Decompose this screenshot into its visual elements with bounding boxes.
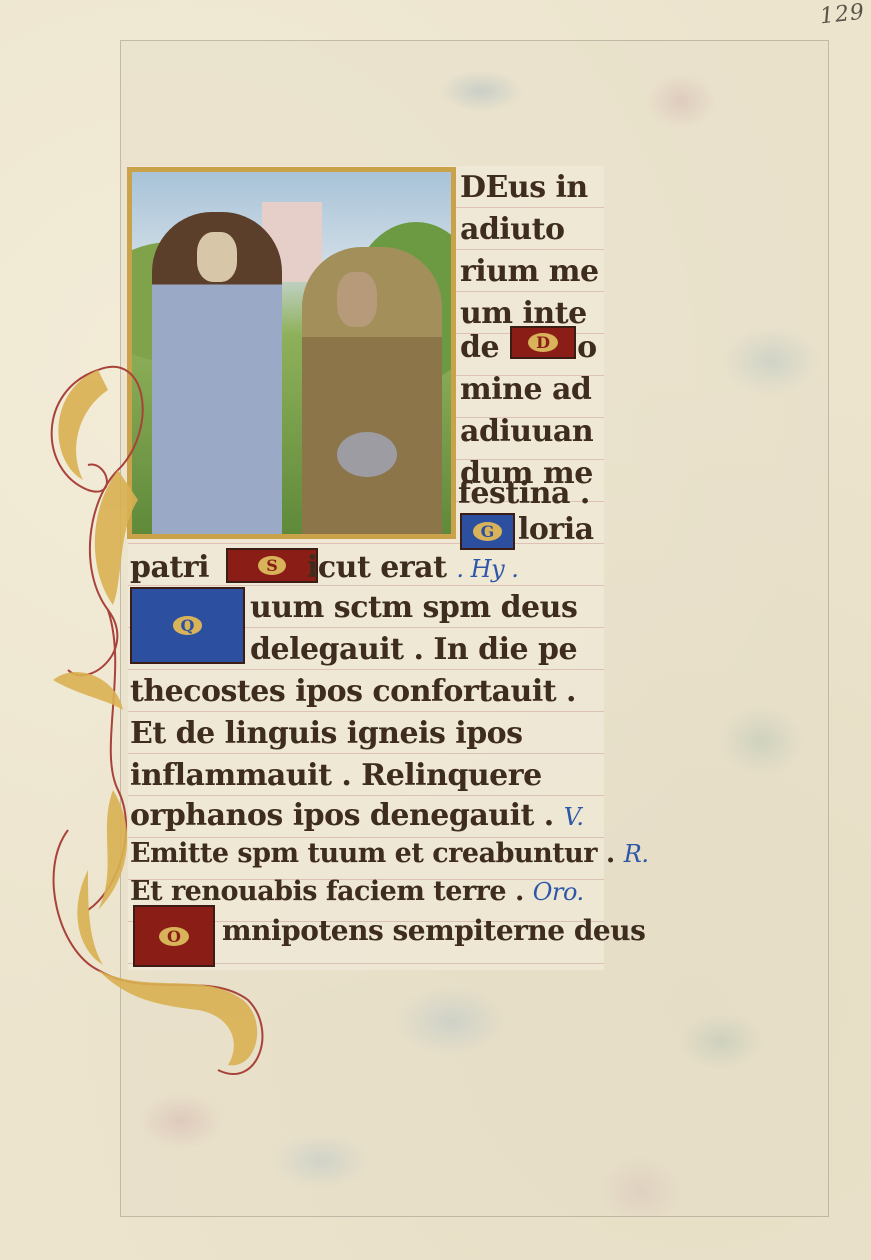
text-line: orphanos ipos denegauit . V. <box>130 798 583 833</box>
rubric-versicle: V. <box>564 803 584 831</box>
text-line: delegauit . In die pe <box>250 632 577 667</box>
folio-number: 129 <box>819 0 866 29</box>
text-line: um inte <box>460 296 587 331</box>
text-line: Emitte spm tuum et creabuntur . R. <box>130 838 648 869</box>
text-line: loria <box>518 512 594 547</box>
initial-o-flower: O <box>133 905 215 967</box>
text-line: adiuto <box>460 212 565 247</box>
text-line: mnipotens sempiterne deus <box>222 914 645 947</box>
initial-g-blue: G <box>460 513 515 550</box>
text-line: Et renouabis faciem terre . Oro. <box>130 876 584 907</box>
text-line: adiuuan <box>460 414 593 449</box>
initial-q-blue: Q <box>130 587 245 664</box>
text-line: inflammauit . Relinquere <box>130 758 542 793</box>
rubric-hymn: . Hy . <box>456 555 518 583</box>
text-line: patriicut erat . Hy . <box>130 550 518 585</box>
text-line: deo <box>460 330 597 365</box>
text-line: thecostes ipos confortauit . <box>130 674 576 709</box>
text-line: Et de linguis igneis ipos <box>130 716 523 751</box>
rubric-oratio: Oro. <box>533 878 584 906</box>
basket-of-stones <box>337 432 397 477</box>
rubric-response: R. <box>624 840 649 868</box>
figure-hermit <box>302 247 442 539</box>
text-line: DEus in <box>460 170 588 205</box>
text-line: mine ad <box>460 372 591 407</box>
text-line: rium me <box>460 254 599 289</box>
text-line: festina . <box>458 476 590 511</box>
text-line: uum sctm spm deus <box>250 590 577 625</box>
